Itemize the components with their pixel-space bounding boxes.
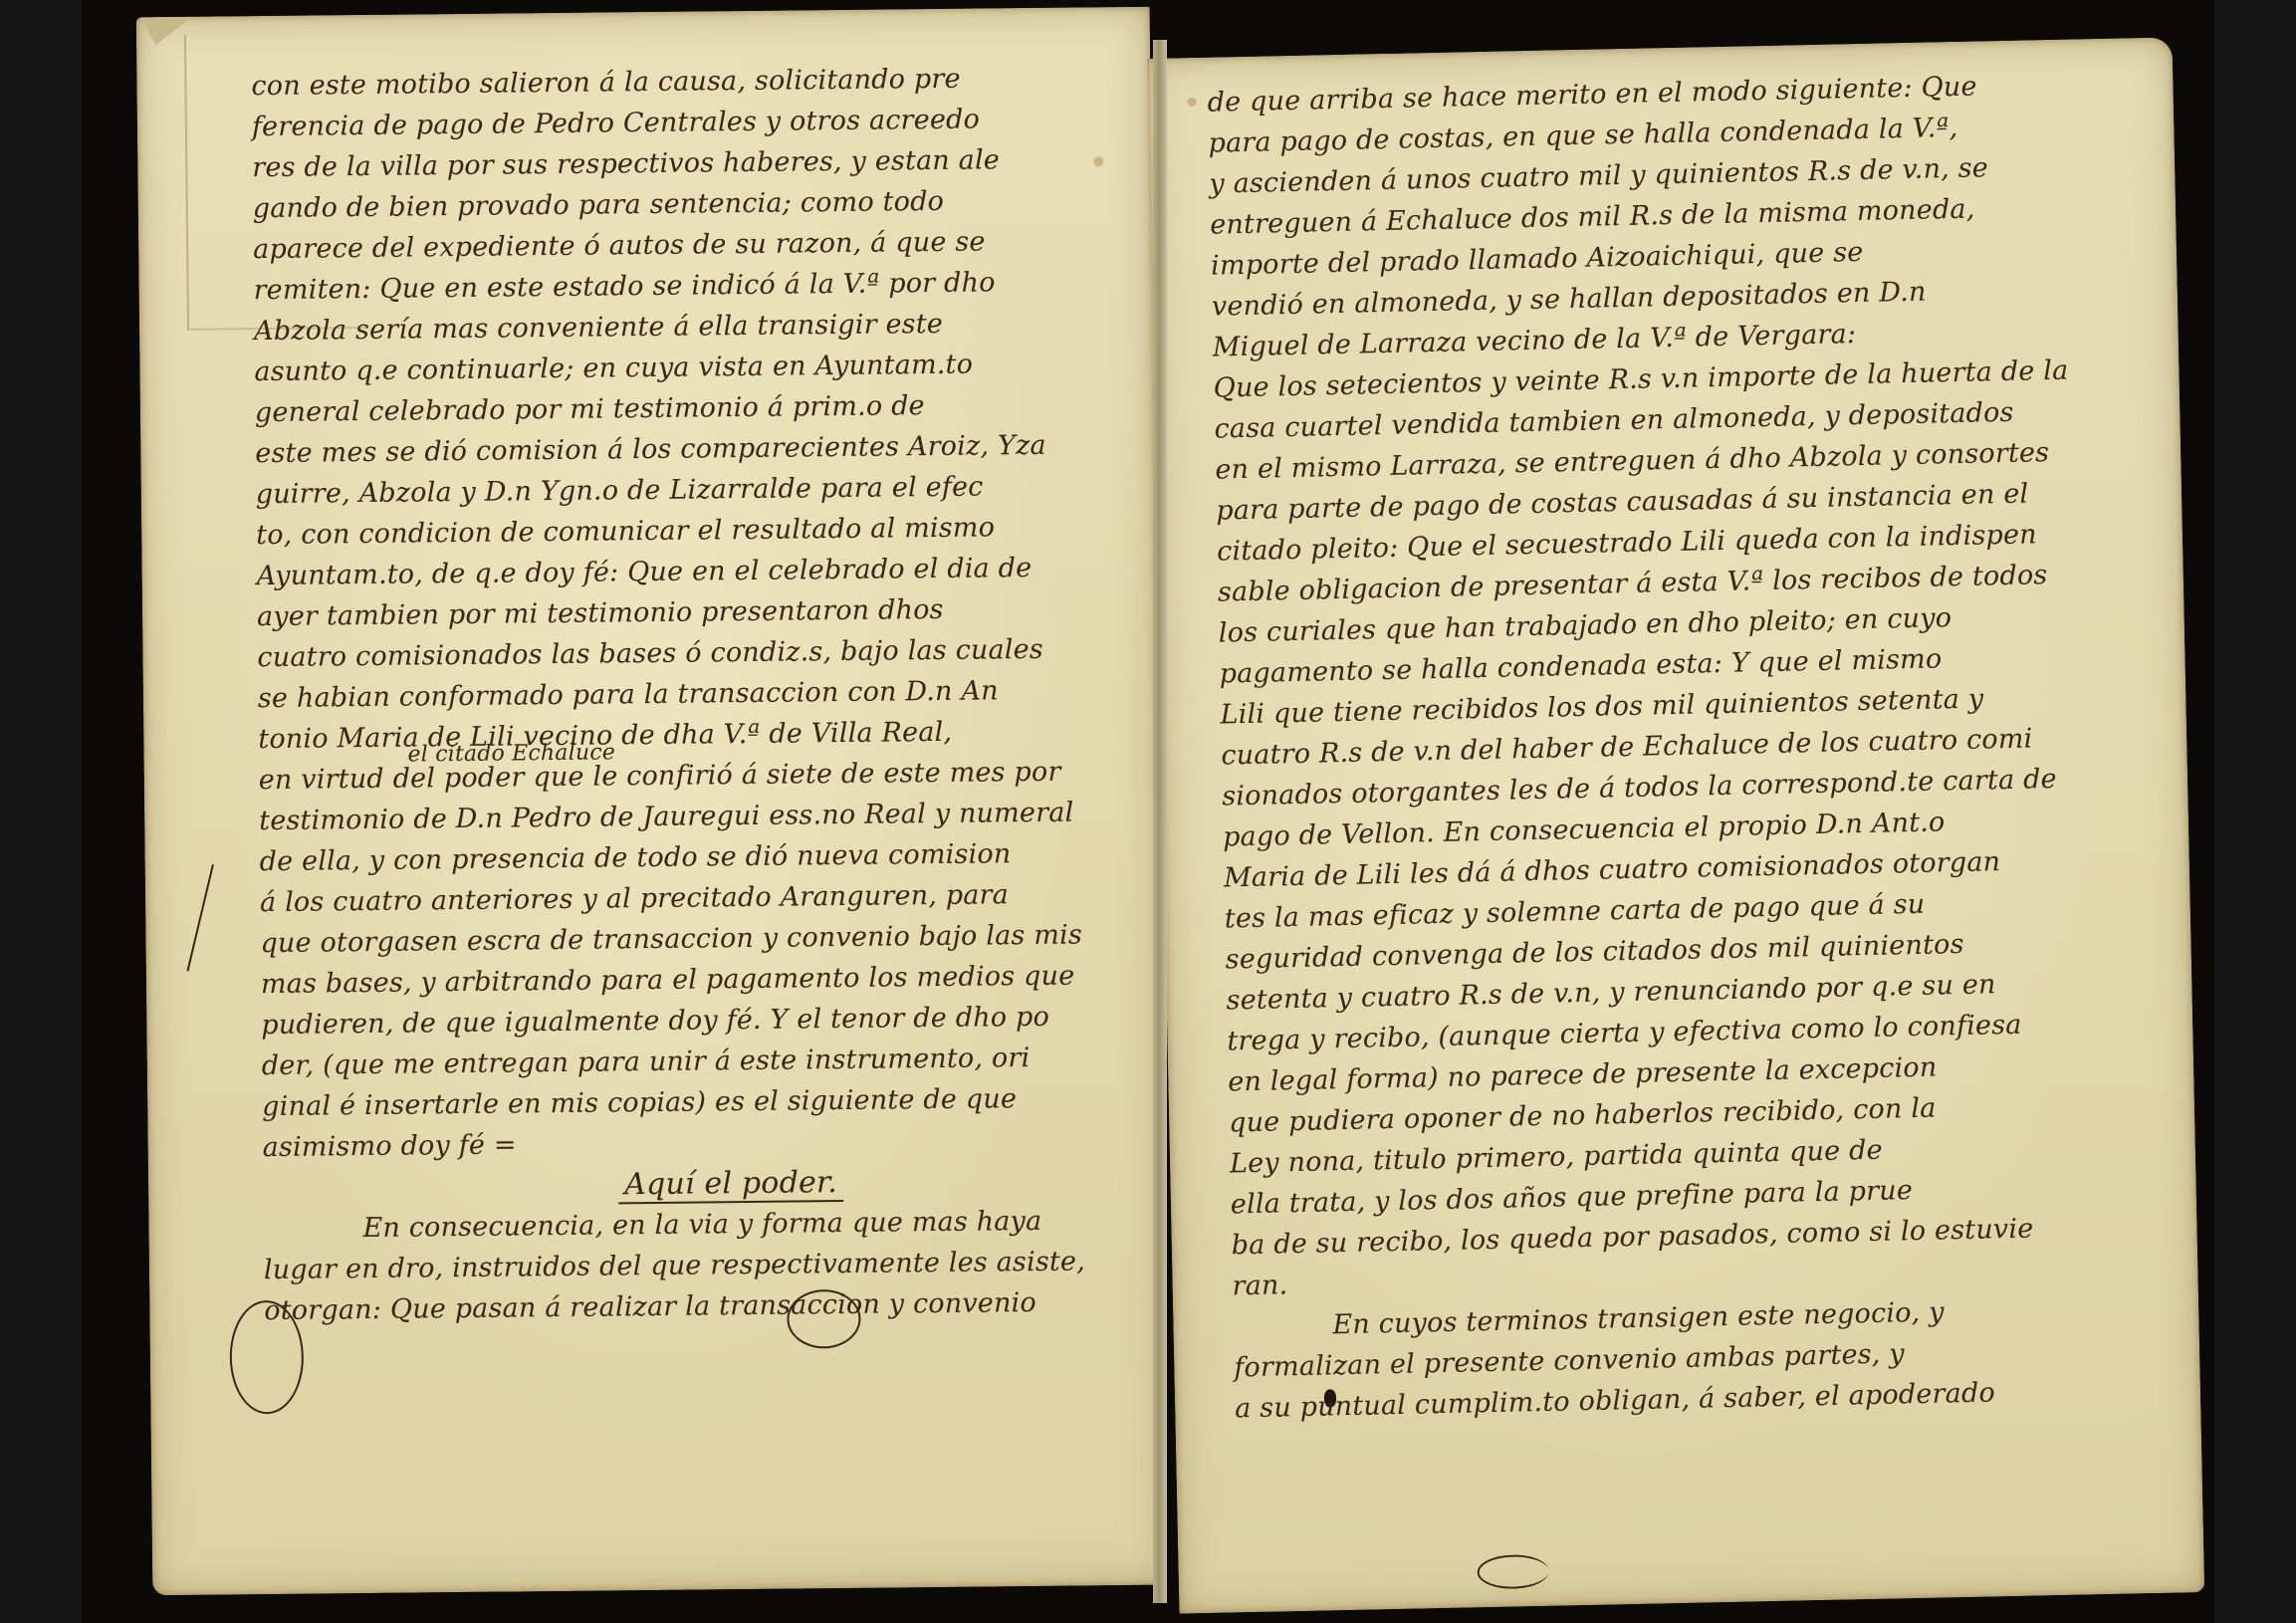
left-page-text: con este motibo salieron á la causa, sol… [251,57,1140,1331]
initial-flourish [229,1300,304,1415]
closing-flourish [1477,1554,1549,1590]
right-side-strip [2214,0,2296,1623]
margin-mark [185,863,216,973]
document-viewer: con este motibo salieron á la causa, sol… [0,0,2296,1623]
book-gutter [1153,40,1167,1603]
left-page: con este motibo salieron á la causa, sol… [136,7,1167,1596]
manuscript-line: otorgan: Que pasan á realizar la transac… [264,1281,1140,1331]
left-side-strip [0,0,82,1623]
right-page: de que arriba se hace merito en el modo … [1147,37,2204,1613]
heading-flourish [787,1289,861,1349]
foxing-stain [1188,98,1197,107]
right-page-text: de que arriba se hace merito en el modo … [1207,63,2151,1429]
